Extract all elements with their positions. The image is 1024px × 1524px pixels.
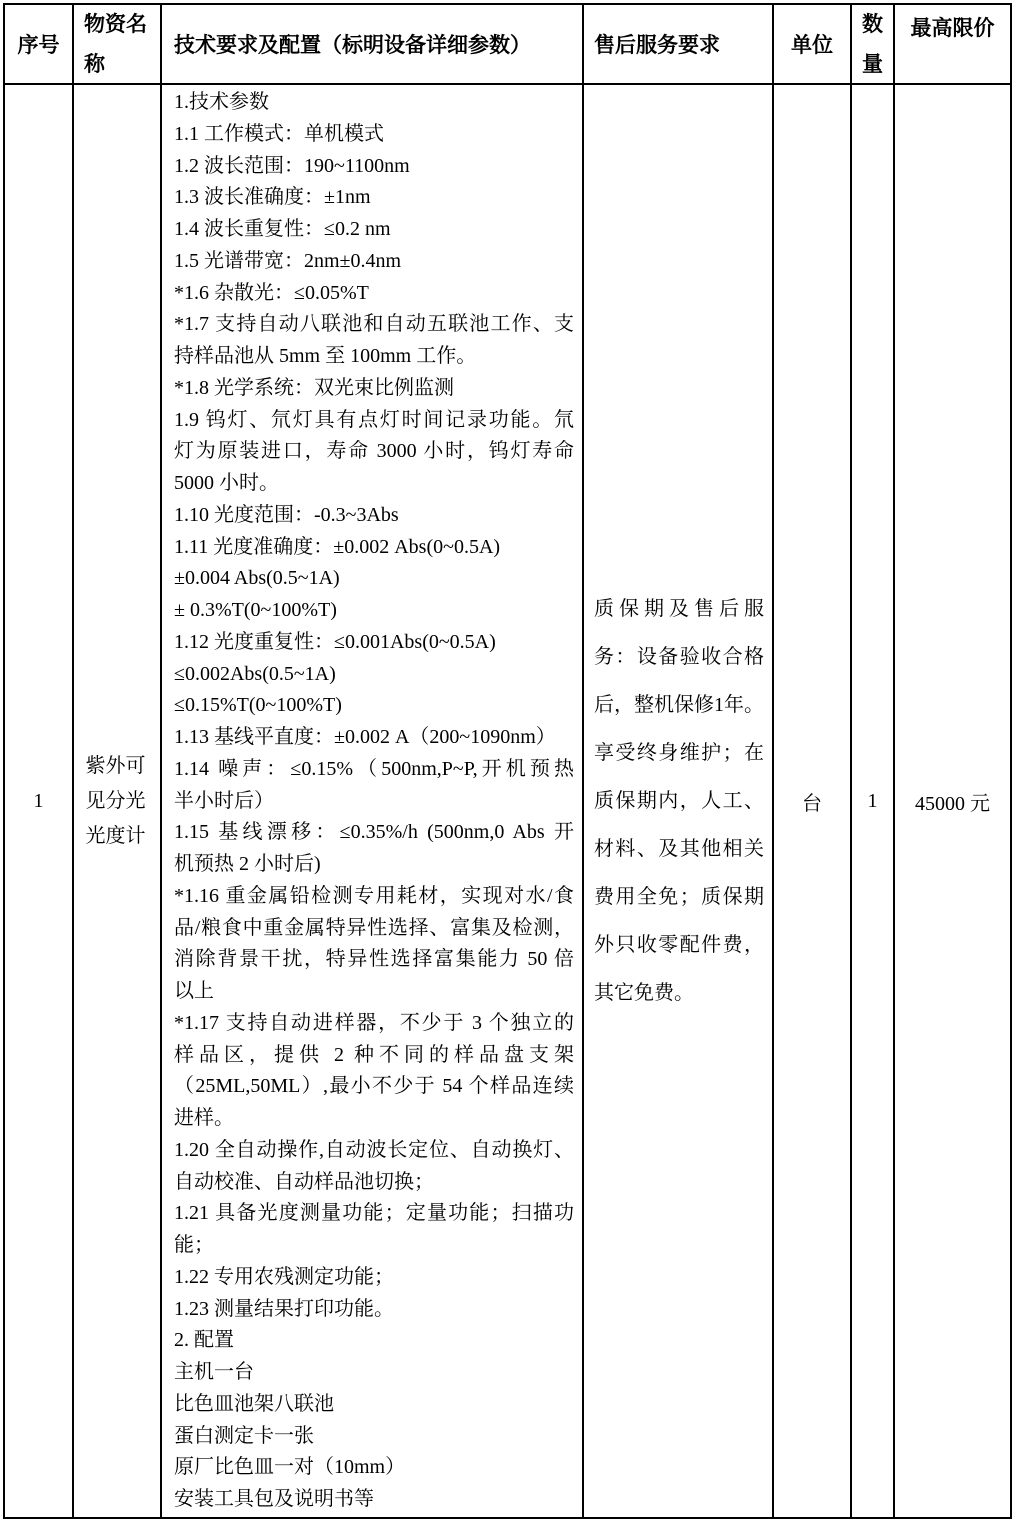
- tech-line: 蛋白测定卡一张: [174, 1421, 574, 1453]
- row1-qty-value: 1: [868, 790, 878, 813]
- tech-line: 1.2 波长范围：190~1100nm: [174, 151, 574, 183]
- row1-tech-cell: 1.技术参数1.1 工作模式：单机模式1.2 波长范围：190~1100nm1.…: [162, 85, 584, 1517]
- tech-line: 品/粮食中重金属特异性选择、富集及检测，: [174, 913, 574, 945]
- tech-line: 1.12 光度重复性：≤0.001Abs(0~0.5A): [174, 627, 574, 659]
- tech-line: 原厂比色皿一对（10mm）: [174, 1452, 574, 1484]
- tech-line: 1.10 光度范围：-0.3~3Abs: [174, 500, 574, 532]
- tech-line: ≤0.15%T(0~100%T): [174, 690, 574, 722]
- row1-price-value: 45000 元: [915, 787, 990, 816]
- tech-line: 安装工具包及说明书等: [174, 1484, 574, 1516]
- service-lines: 质保期及售后服务：设备验收合格后，整机保修1年。享受终身维护；在质保期内，人工、…: [594, 585, 764, 1017]
- tech-line: 1.15 基线漂移：≤0.35%/h (500nm,0 Abs 开: [174, 817, 574, 849]
- tech-line: 1.21 具备光度测量功能；定量功能；扫描功: [174, 1198, 574, 1230]
- tech-line: *1.16 重金属铅检测专用耗材，实现对水/食: [174, 881, 574, 913]
- tech-line: 1.4 波长重复性：≤0.2 nm: [174, 214, 574, 246]
- tech-line: 消除背景干扰，特异性选择富集能力 50 倍: [174, 944, 574, 976]
- tech-line: 机预热 2 小时后): [174, 849, 574, 881]
- service-line: 享受终身维护；在: [594, 729, 764, 777]
- service-line: 质保期内，人工、: [594, 777, 764, 825]
- row1-name-value: 紫外可见分光光度计: [86, 749, 149, 854]
- service-line: 务：设备验收合格: [594, 633, 764, 681]
- tech-line: 持样品池从 5mm 至 100mm 工作。: [174, 341, 574, 373]
- tech-line: 1.5 光谱带宽：2nm±0.4nm: [174, 246, 574, 278]
- tech-lines: 1.技术参数1.1 工作模式：单机模式1.2 波长范围：190~1100nm1.…: [174, 87, 574, 1516]
- tech-line: *1.6 杂散光：≤0.05%T: [174, 278, 574, 310]
- header-unit-cell: 单位: [774, 5, 852, 85]
- header-name-label: 物资名称: [84, 5, 150, 84]
- tech-line: 2. 配置: [174, 1325, 574, 1357]
- tech-line: 自动校准、自动样品池切换；: [174, 1167, 574, 1199]
- row1-name-cell: 紫外可见分光光度计: [74, 85, 162, 1517]
- header-seq-cell: 序号: [5, 5, 74, 85]
- header-service-cell: 售后服务要求: [584, 5, 774, 85]
- service-line: 后，整机保修1年。: [594, 681, 764, 729]
- tech-line: 1.22 专用农残测定功能；: [174, 1262, 574, 1294]
- row1-qty-cell: 1: [852, 85, 895, 1517]
- service-line: 材料、及其他相关: [594, 825, 764, 873]
- tech-line: *1.17 支持自动进样器，不少于 3 个独立的: [174, 1008, 574, 1040]
- tech-line: 1.9 钨灯、氘灯具有点灯时间记录功能。氘: [174, 405, 574, 437]
- header-qty-label: 数量: [862, 5, 884, 84]
- tech-line: ±0.004 Abs(0.5~1A): [174, 563, 574, 595]
- row1-unit-value: 台: [802, 787, 822, 816]
- header-unit-label: 单位: [791, 29, 833, 59]
- tech-line: ≤0.002Abs(0.5~1A): [174, 659, 574, 691]
- service-line: 其它免费。: [594, 969, 764, 1017]
- tech-line: 进样。: [174, 1103, 574, 1135]
- tech-line: 样品区，提供 2 种不同的样品盘支架: [174, 1040, 574, 1072]
- row1-service-cell: 质保期及售后服务：设备验收合格后，整机保修1年。享受终身维护；在质保期内，人工、…: [584, 85, 774, 1517]
- tech-line: （25ML,50ML）,最小不少于 54 个样品连续: [174, 1071, 574, 1103]
- row1-price-cell: 45000 元: [895, 85, 1010, 1517]
- tech-line: 主机一台: [174, 1357, 574, 1389]
- service-line: 外只收零配件费，: [594, 921, 764, 969]
- tech-line: 1.技术参数: [174, 87, 574, 119]
- tech-line: 1.1 工作模式：单机模式: [174, 119, 574, 151]
- tech-line: 1.23 测量结果打印功能。: [174, 1294, 574, 1326]
- tech-line: 1.13 基线平直度：±0.002 A（200~1090nm）: [174, 722, 574, 754]
- header-name-cell: 物资名称: [74, 5, 162, 85]
- tech-line: 灯为原装进口，寿命 3000 小时，钨灯寿命: [174, 436, 574, 468]
- tech-line: 以上: [174, 976, 574, 1008]
- tech-line: *1.8 光学系统：双光束比例监测: [174, 373, 574, 405]
- header-tech-cell: 技术要求及配置（标明设备详细参数）: [162, 5, 584, 85]
- header-qty-cell: 数量: [852, 5, 895, 85]
- header-price-cell: 最高限价: [895, 5, 1010, 85]
- tech-line: *1.7 支持自动八联池和自动五联池工作、支: [174, 309, 574, 341]
- row1-unit-cell: 台: [774, 85, 852, 1517]
- tech-line: ± 0.3%T(0~100%T): [174, 595, 574, 627]
- tech-line: 能；: [174, 1230, 574, 1262]
- tech-line: 1.14 噪声：≤0.15%（500nm,P~P,开机预热: [174, 754, 574, 786]
- header-service-label: 售后服务要求: [594, 29, 720, 59]
- spec-table: 序号 物资名称 技术要求及配置（标明设备详细参数） 售后服务要求 单位 数量 最…: [3, 3, 1012, 1519]
- row1-seq-value: 1: [34, 790, 44, 813]
- service-line: 费用全免；质保期: [594, 873, 764, 921]
- service-line: 质保期及售后服: [594, 585, 764, 633]
- tech-line: 半小时后）: [174, 786, 574, 818]
- header-tech-label: 技术要求及配置（标明设备详细参数）: [174, 29, 531, 59]
- header-seq-label: 序号: [18, 29, 60, 59]
- header-price-label: 最高限价: [911, 12, 995, 42]
- tech-line: 1.11 光度准确度：±0.002 Abs(0~0.5A): [174, 532, 574, 564]
- tech-line: 1.20 全自动操作,自动波长定位、自动换灯、: [174, 1135, 574, 1167]
- tech-line: 5000 小时。: [174, 468, 574, 500]
- tech-line: 1.3 波长准确度：±1nm: [174, 182, 574, 214]
- tech-line: 比色皿池架八联池: [174, 1389, 574, 1421]
- row1-seq-cell: 1: [5, 85, 74, 1517]
